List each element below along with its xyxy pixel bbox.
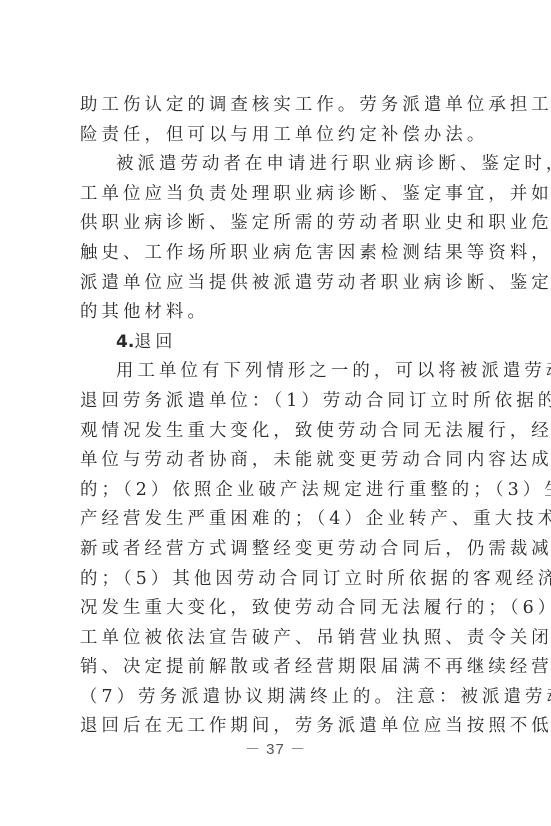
text-line: 的；（5）其他因劳动合同订立时所依据的客观经济情 [80,565,472,595]
text-line: 工单位应当负责处理职业病诊断、鉴定事宜，并如实提 [80,180,472,210]
text-line: 助工伤认定的调查核实工作。劳务派遣单位承担工伤保 [80,91,472,121]
text-line: 销、决定提前解散或者经营期限届满不再继续经营的； [80,653,472,683]
section-heading: 4.退回 [80,328,472,358]
text-line: 的其他材料。 [80,298,472,328]
section-heading-title: 退回 [134,332,176,352]
text-line: 工单位被依法宣告破产、吊销营业执照、责令关闭、撤 [80,624,472,654]
page-number: － 37 － [0,738,551,759]
paragraph-start-line: 用工单位有下列情形之一的，可以将被派遣劳动者 [80,357,472,387]
text-line: 险责任，但可以与用工单位约定补偿办法。 [80,121,472,151]
text-line: 的；（2）依照企业破产法规定进行重整的；（3）生 [80,476,472,506]
text-line: 派遣单位应当提供被派遣劳动者职业病诊断、鉴定所需 [80,269,472,299]
text-line: （7）劳务派遣协议期满终止的。注意：被派遣劳动者 [80,683,472,713]
text-line: 产经营发生严重困难的；（4）企业转产、重大技术革 [80,505,472,535]
text-line: 退回劳务派遣单位：（1）劳动合同订立时所依据的客 [80,387,472,417]
text-line: 单位与劳动者协商，未能就变更劳动合同内容达成协议 [80,446,472,476]
paragraph-start-line: 被派遣劳动者在申请进行职业病诊断、鉴定时，用 [80,150,472,180]
section-heading-number: 4. [116,332,134,352]
text-line: 供职业病诊断、鉴定所需的劳动者职业史和职业危害接 [80,209,472,239]
text-line: 观情况发生重大变化，致使劳动合同无法履行，经用人 [80,417,472,447]
text-line: 新或者经营方式调整经变更劳动合同后，仍需裁减人员 [80,535,472,565]
text-line: 况发生重大变化，致使劳动合同无法履行的；（6）用 [80,594,472,624]
text-line: 触史、工作场所职业病危害因素检测结果等资料，劳务 [80,239,472,269]
document-page: 助工伤认定的调查核实工作。劳务派遣单位承担工伤保 险责任，但可以与用工单位约定补… [80,91,472,742]
